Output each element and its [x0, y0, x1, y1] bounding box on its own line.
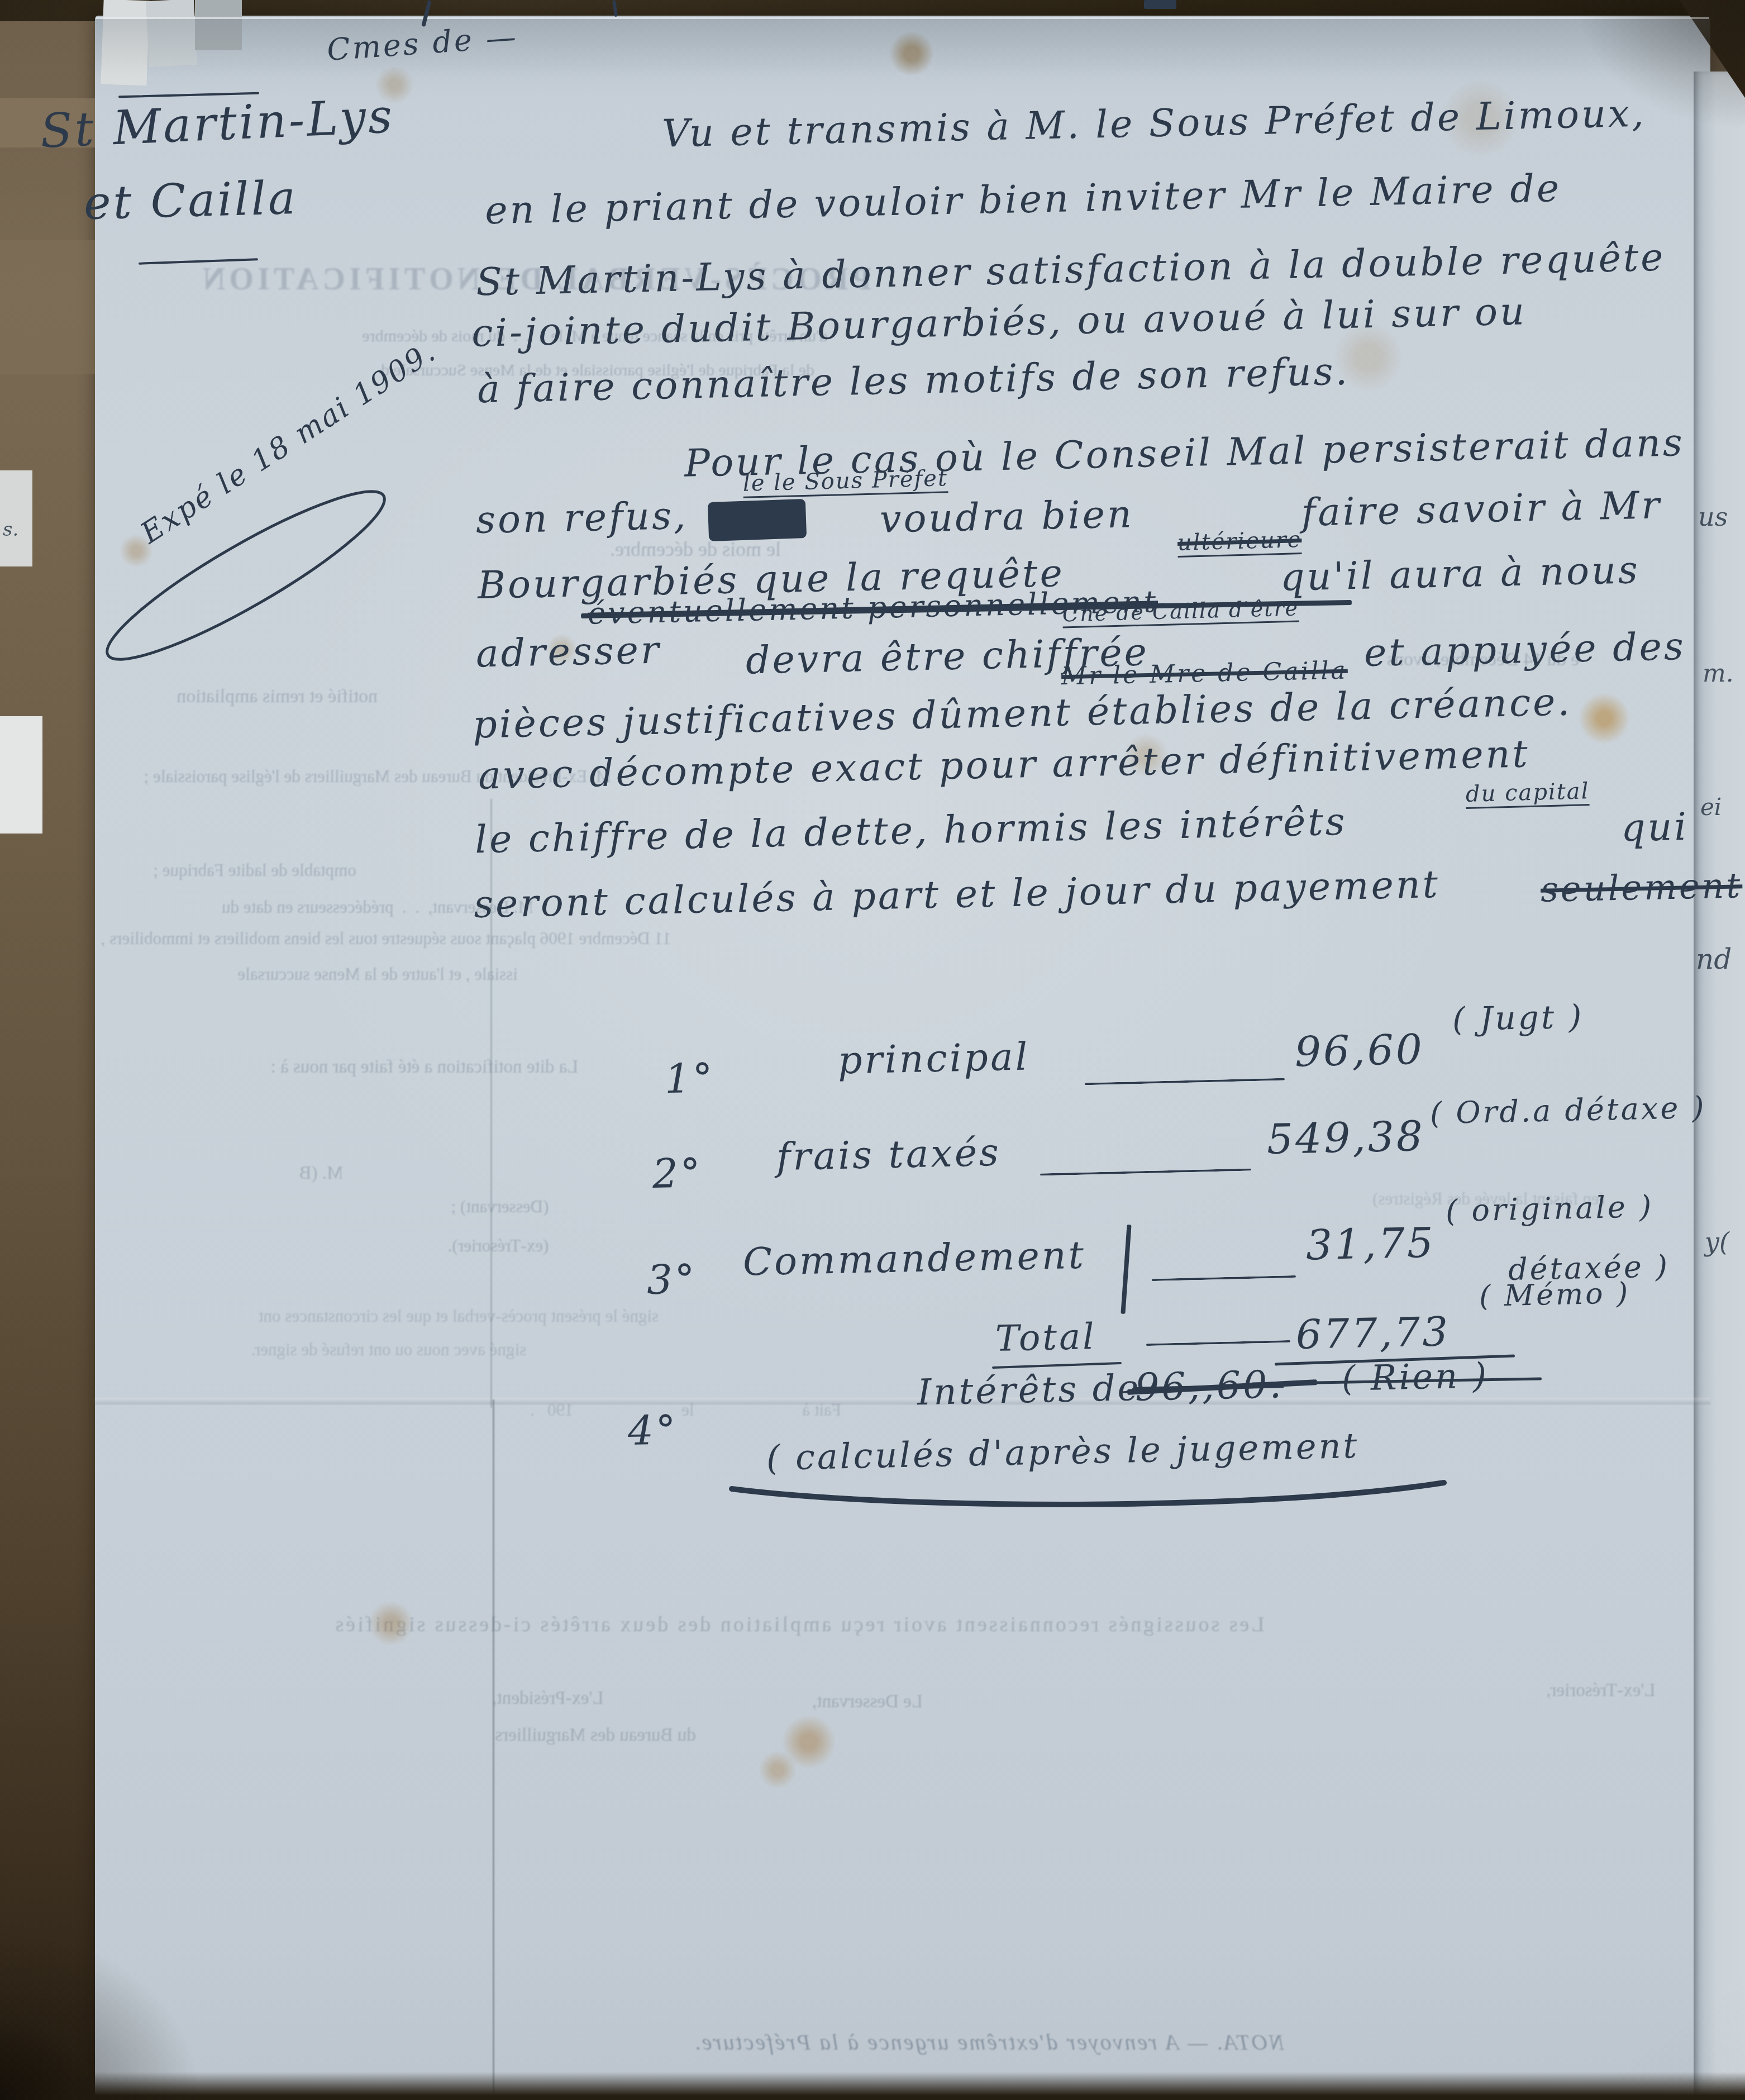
body-line-7-struck-word: vous — [708, 499, 807, 541]
total-label: Total — [995, 1316, 1096, 1360]
ghost-fragment-mense: issiale , et l'autre de la Mense succurs… — [98, 964, 657, 984]
body-line-12-insertion: du capital — [1465, 778, 1590, 809]
body-line-9-end: et appuyée des — [1363, 625, 1686, 675]
item-3-note-1: ( originale ) — [1445, 1189, 1653, 1228]
underlying-sheet-right — [1694, 72, 1745, 2100]
ghost-footer-bureau: du Bureau des Marguilliers — [456, 1725, 735, 1746]
ghost-fragment-comptable: omptable de ladite Fabrique ; — [98, 860, 411, 880]
edge-fragment-5: ei — [1700, 793, 1722, 821]
item-2-note: ( Ord.a détaxe ) — [1429, 1090, 1706, 1131]
item-1-label: principal — [837, 1035, 1030, 1083]
item-1-note: ( Jugt ) — [1452, 998, 1584, 1039]
ghost-fragment-notifie: notifié et remis ampliation — [98, 686, 456, 707]
item-3-label: Commandement — [742, 1234, 1086, 1285]
ghost-fragment-fait-a: Fait à le 190 . — [160, 1400, 841, 1420]
ghost-fragment-tresorier: (ex-Trésorier). — [420, 1236, 576, 1256]
table-band-left-2 — [0, 240, 95, 374]
body-line-7-mid: voudra bien — [879, 492, 1134, 542]
ghost-fragment-notification: La dite notification a été faite par nou… — [207, 1057, 642, 1078]
ghost-fragment-desservant: (Desservant) ; — [425, 1197, 575, 1217]
ghost-fragment-signe-2: signé avec nous ou ont refusé de signer. — [160, 1340, 618, 1360]
scrap-note: s. — [3, 518, 18, 541]
item-3-number: 3° — [646, 1255, 698, 1303]
body-line-12-end: qui — [1620, 805, 1689, 851]
ghost-footer-desservant: Le Desservant, — [781, 1692, 954, 1712]
edge-fragment-2: m. — [1703, 659, 1734, 688]
item-1-amount: 96,60 — [1294, 1026, 1425, 1077]
flourish-underline — [726, 1475, 1452, 1514]
total-amount: 677,73 — [1295, 1308, 1451, 1358]
body-line-8-insertion: ultérieure — [1177, 527, 1302, 558]
body-line-13-struck: seulement — [1540, 865, 1743, 910]
body-line-7-end: faire savoir à Mr — [1301, 483, 1662, 535]
item-1-number: 1° — [664, 1054, 716, 1102]
ghost-footer-ex-tresorier: L'ex-Trésorier, — [1517, 1680, 1685, 1701]
edge-fragment-4: y( — [1705, 1227, 1729, 1257]
ghost-footer-ex-president: L'ex-Président, — [467, 1688, 629, 1709]
body-line-8-end: qu'il aura à nous — [1280, 548, 1640, 599]
item-2-label: frais taxés — [776, 1131, 1001, 1179]
item-4-number: 4° — [627, 1406, 679, 1454]
ghost-fragment-signe-1: signé le présent procès-verbal et que le… — [160, 1306, 757, 1326]
item-4-label: Intérêts de — [917, 1368, 1141, 1413]
ghost-footer-recu: Les soussignés reconnaissent avoir reçu … — [235, 1612, 1363, 1637]
item-2-number: 2° — [652, 1149, 703, 1197]
edge-fragment-1: us — [1698, 502, 1728, 532]
paper-scrap-left-2 — [0, 716, 42, 834]
pen-mark-top-3 — [1144, 0, 1176, 9]
item-2-amount: 549,38 — [1266, 1112, 1425, 1164]
item-3-amount: 31,75 — [1305, 1219, 1436, 1270]
stamp-flourish — [78, 469, 425, 682]
ghost-fragment-m: M. (B — [274, 1163, 369, 1184]
edge-fragment-3: nd — [1696, 943, 1732, 975]
shadow-bottom-edge — [78, 2070, 1745, 2100]
body-line-7-start: son refus, — [475, 494, 688, 542]
photo-of-document: PROCÈS-VERBAL DE NOTIFICATION d'un arrêt… — [0, 0, 1745, 2100]
body-line-7-insertion: le le Sous Préfet — [742, 465, 948, 498]
corner-commune-2: et Cailla — [83, 172, 298, 230]
ghost-nota: NOTA. — A renvoyer d'extrême urgence à l… — [603, 2029, 1374, 2055]
total-note: ( Mémo ) — [1479, 1277, 1630, 1313]
body-line-9-start: adresser — [475, 628, 661, 677]
item-4-note: ( Rien ) — [1341, 1355, 1489, 1398]
ghost-fragment-sequestre: 11 Décembre 1906 plaçant sous séquestre … — [98, 928, 674, 949]
vertical-fold-lower — [493, 1399, 494, 2092]
